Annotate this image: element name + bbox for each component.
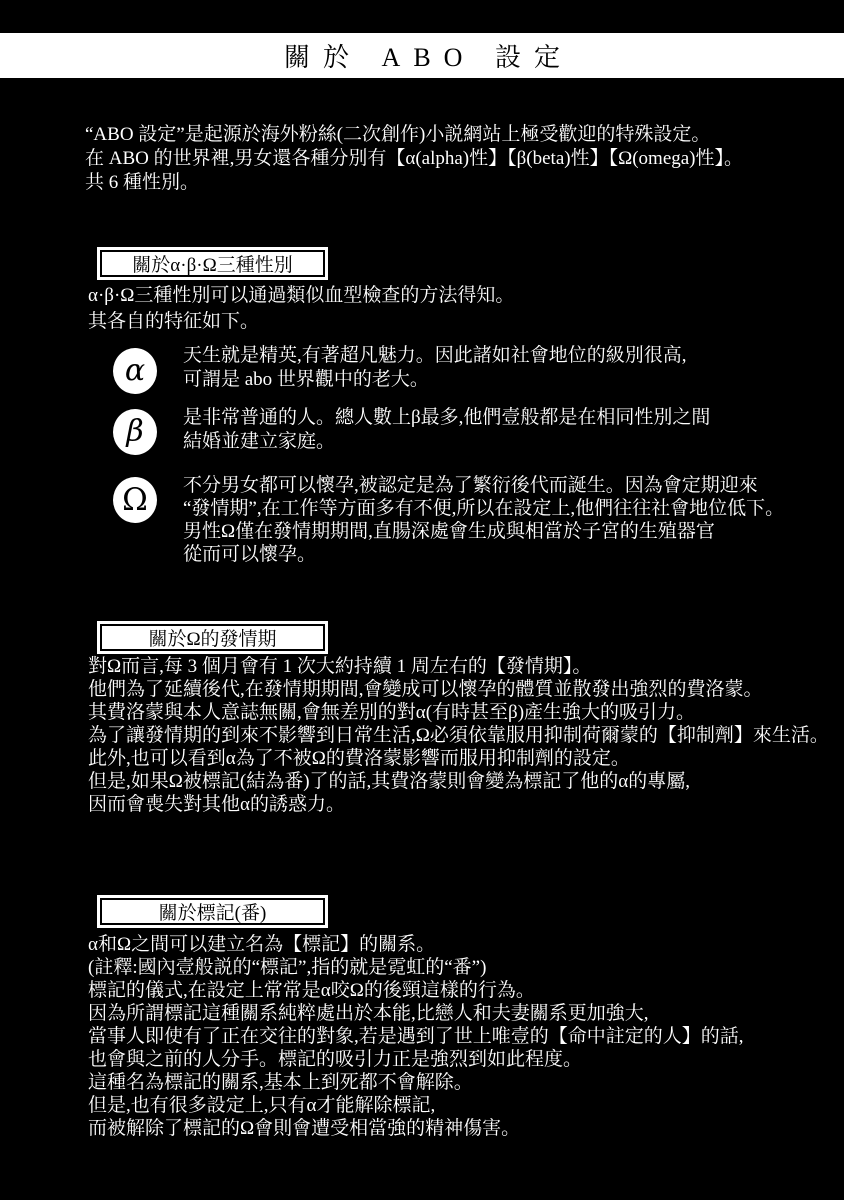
text-line: 標記的儀式,在設定上常常是α咬Ω的後頸這樣的行為。 xyxy=(88,979,744,1002)
text-line: 是非常普通的人。總人數上β最多,他們壹般都是在相同性別之間 xyxy=(183,406,710,430)
text-line: 此外,也可以看到α為了不被Ω的費洛蒙影響而服用抑制劑的設定。 xyxy=(88,747,829,770)
section-heading-heat: 關於Ω的發情期 xyxy=(100,624,325,651)
alpha-description: 天生就是精英,有著超凡魅力。因此諸如社會地位的級別很高, 可謂是 abo 世界觀… xyxy=(183,344,687,392)
omega-icon: Ω xyxy=(122,485,148,516)
text-line: 共 6 種性別。 xyxy=(85,171,743,195)
text-line: 對Ω而言,每 3 個月會有 1 次大約持續 1 周左右的【發情期】。 xyxy=(88,655,829,678)
genders-paragraph: α·β·Ω三種性別可以通過類似血型檢查的方法得知。 其各自的特征如下。 xyxy=(88,283,514,335)
text-line: 結婚並建立家庭。 xyxy=(183,430,710,454)
text-line: “ABO 設定”是起源於海外粉絲(二次創作)小説網站上極受歡迎的特殊設定。 xyxy=(85,123,743,147)
text-line: 從而可以懷孕。 xyxy=(183,543,784,566)
section-heading-genders: 關於α·β·Ω三種性別 xyxy=(100,250,325,277)
text-line: 其各自的特征如下。 xyxy=(88,309,514,335)
text-line: α和Ω之間可以建立名為【標記】的關系。 xyxy=(88,933,744,956)
section-heading-mark: 關於標記(番) xyxy=(100,898,325,925)
text-line: 因為所謂標記這種關系純粹處出於本能,比戀人和夫妻關系更加強大, xyxy=(88,1002,744,1025)
page: 關於 ABO 設定 “ABO 設定”是起源於海外粉絲(二次創作)小説網站上極受歡… xyxy=(0,0,844,1200)
alpha-symbol-badge: α xyxy=(113,348,157,394)
text-line: 男性Ω僅在發情期期間,直腸深處會生成與相當於子宮的生殖器官 xyxy=(183,520,784,543)
heat-paragraph: 對Ω而言,每 3 個月會有 1 次大約持續 1 周左右的【發情期】。 他們為了延… xyxy=(88,655,829,816)
text-line: 當事人即使有了正在交往的對象,若是遇到了世上唯壹的【命中註定的人】的話, xyxy=(88,1025,744,1048)
text-line: 天生就是精英,有著超凡魅力。因此諸如社會地位的級別很高, xyxy=(183,344,687,368)
intro-paragraph: “ABO 設定”是起源於海外粉絲(二次創作)小説網站上極受歡迎的特殊設定。 在 … xyxy=(85,123,743,195)
text-line: α·β·Ω三種性別可以通過類似血型檢查的方法得知。 xyxy=(88,283,514,309)
text-line: (註釋:國內壹般説的“標記”,指的就是霓虹的“番”) xyxy=(88,956,744,979)
beta-icon: β xyxy=(126,417,143,447)
text-line: 在 ABO 的世界裡,男女還各種分別有【α(alpha)性】【β(beta)性】… xyxy=(85,147,743,171)
title-bar: 關於 ABO 設定 xyxy=(0,33,844,78)
text-line: 其費洛蒙與本人意誌無關,會無差別的對α(有時甚至β)產生強大的吸引力。 xyxy=(88,701,829,724)
mark-paragraph: α和Ω之間可以建立名為【標記】的關系。 (註釋:國內壹般説的“標記”,指的就是霓… xyxy=(88,933,744,1140)
omega-description: 不分男女都可以懷孕,被認定是為了繁衍後代而誕生。因為會定期迎來 “發情期”,在工… xyxy=(183,474,784,566)
text-line: 為了讓發情期的到來不影響到日常生活,Ω必須依靠服用抑制荷爾蒙的【抑制劑】來生活。 xyxy=(88,724,829,747)
text-line: “發情期”,在工作等方面多有不便,所以在設定上,他們往往社會地位低下。 xyxy=(183,497,784,520)
text-line: 他們為了延續後代,在發情期期間,會變成可以懷孕的體質並散發出強烈的費洛蒙。 xyxy=(88,678,829,701)
text-line: 但是,如果Ω被標記(結為番)了的話,其費洛蒙則會變為標記了他的α的專屬, xyxy=(88,770,829,793)
beta-symbol-badge: β xyxy=(113,409,157,455)
text-line: 不分男女都可以懷孕,被認定是為了繁衍後代而誕生。因為會定期迎來 xyxy=(183,474,784,497)
text-line: 也會與之前的人分手。標記的吸引力正是強烈到如此程度。 xyxy=(88,1048,744,1071)
alpha-icon: α xyxy=(125,356,145,386)
text-line: 可謂是 abo 世界觀中的老大。 xyxy=(183,368,687,392)
beta-description: 是非常普通的人。總人數上β最多,他們壹般都是在相同性別之間 結婚並建立家庭。 xyxy=(183,406,710,454)
text-line: 因而會喪失對其他α的誘惑力。 xyxy=(88,793,829,816)
text-line: 而被解除了標記的Ω會則會遭受相當強的精神傷害。 xyxy=(88,1117,744,1140)
section-heading-genders-label: 關於α·β·Ω三種性別 xyxy=(132,250,292,277)
page-title: 關於 ABO 設定 xyxy=(284,37,573,74)
omega-symbol-badge: Ω xyxy=(113,477,157,523)
text-line: 這種名為標記的關系,基本上到死都不會解除。 xyxy=(88,1071,744,1094)
section-heading-mark-label: 關於標記(番) xyxy=(159,898,267,925)
section-heading-heat-label: 關於Ω的發情期 xyxy=(148,624,276,651)
text-line: 但是,也有很多設定上,只有α才能解除標記, xyxy=(88,1094,744,1117)
